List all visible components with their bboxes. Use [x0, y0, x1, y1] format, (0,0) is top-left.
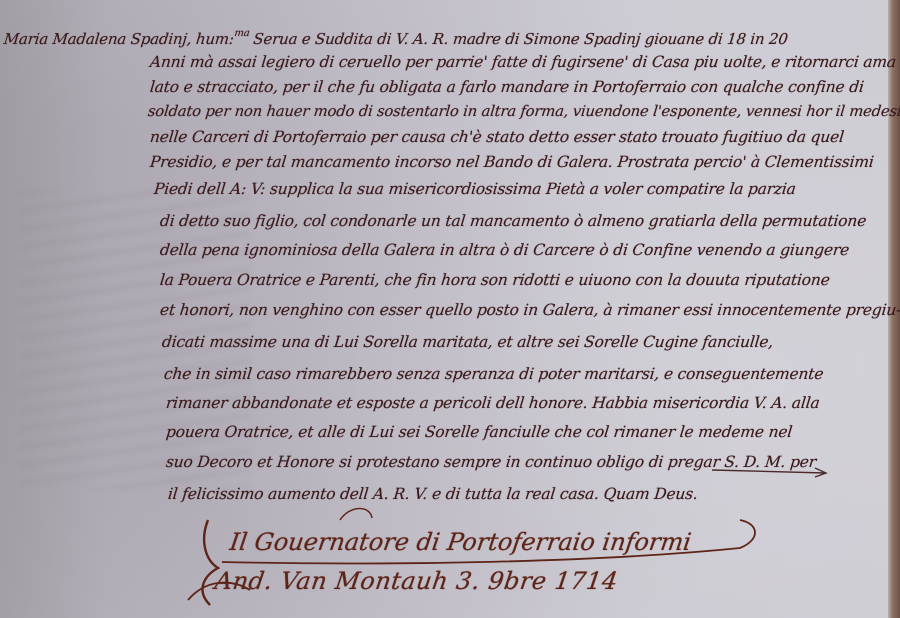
petition-line-17: il felicissimo aumento dell A. R. V. e d…: [167, 485, 699, 503]
line-text: Piedi dell A: V: supplica la sua miseric…: [153, 180, 797, 198]
line-text: suo Decoro et Honore si protestano sempr…: [165, 453, 817, 471]
line-text: nelle Carceri di Portoferraio per causa …: [149, 128, 845, 146]
line-text: della pena ignominiosa della Galera in a…: [159, 241, 850, 259]
petition-line-7: Piedi dell A: V: supplica la sua miseric…: [153, 180, 797, 198]
line-text: che in simil caso rimarebbero senza sper…: [163, 365, 824, 383]
petition-line-8: di detto suo figlio, col condonarle un t…: [159, 212, 867, 230]
petition-line-1: Maria Madalena Spadinj, hum:ma Serua e S…: [3, 28, 789, 48]
manuscript-photo: Maria Madalena Spadinj, hum:ma Serua e S…: [0, 0, 900, 618]
decree-line-2: And. Van Montauh 3. 9bre 1714: [213, 567, 620, 595]
superscript: ma: [234, 28, 250, 39]
petition-line-3: lato e stracciato, per il che fu obligat…: [149, 78, 865, 96]
petition-line-6: Presidio, e per tal mancamento incorso n…: [149, 153, 875, 171]
petition-line-5: nelle Carceri di Portoferraio per causa …: [149, 128, 845, 146]
petition-line-4: soldato per non hauer modo di sostentarl…: [147, 103, 900, 120]
petition-line-9: della pena ignominiosa della Galera in a…: [159, 241, 850, 259]
petition-line-16: suo Decoro et Honore si protestano sempr…: [165, 453, 817, 471]
petition-line-11: et honori, non venghino con esser quello…: [159, 301, 900, 319]
petition-line-13: che in simil caso rimarebbero senza sper…: [163, 365, 824, 383]
line-text: et honori, non venghino con esser quello…: [159, 301, 900, 319]
line-text: Presidio, e per tal mancamento incorso n…: [149, 153, 875, 171]
decree-signature-date: And. Van Montauh 3. 9bre 1714: [213, 567, 620, 595]
petition-line-15: pouera Oratrice, et alle di Lui sei Sore…: [165, 423, 793, 441]
line-text: la Pouera Oratrice e Parenti, che fin ho…: [159, 271, 831, 289]
line-text: lato e stracciato, per il che fu obligat…: [149, 78, 865, 96]
petition-line-10: la Pouera Oratrice e Parenti, che fin ho…: [159, 271, 831, 289]
line-text: rimaner abbandonate et esposte a pericol…: [165, 394, 820, 412]
petition-line-14: rimaner abbandonate et esposte a pericol…: [165, 394, 820, 412]
line-text: Serua e Suddita di V. A. R. madre di Sim…: [248, 30, 789, 48]
line-text: il felicissimo aumento dell A. R. V. e d…: [167, 485, 699, 503]
line-text: Anni mà assai legiero di ceruello per pa…: [149, 53, 897, 71]
line-text: dicati massime una di Lui Sorella marita…: [161, 333, 774, 351]
petition-line-12: dicati massime una di Lui Sorella marita…: [161, 333, 774, 351]
petition-line-2: Anni mà assai legiero di ceruello per pa…: [149, 53, 897, 71]
petitioner-name: Maria Madalena Spadinj, hum:: [3, 30, 235, 48]
decree-text: Il Gouernatore di Portoferraio informi: [228, 528, 693, 556]
line-text: di detto suo figlio, col condonarle un t…: [159, 212, 867, 230]
line-text: soldato per non hauer modo di sostentarl…: [147, 103, 900, 120]
line-text: pouera Oratrice, et alle di Lui sei Sore…: [165, 423, 793, 441]
decree-line-1: Il Gouernatore di Portoferraio informi: [228, 528, 693, 556]
